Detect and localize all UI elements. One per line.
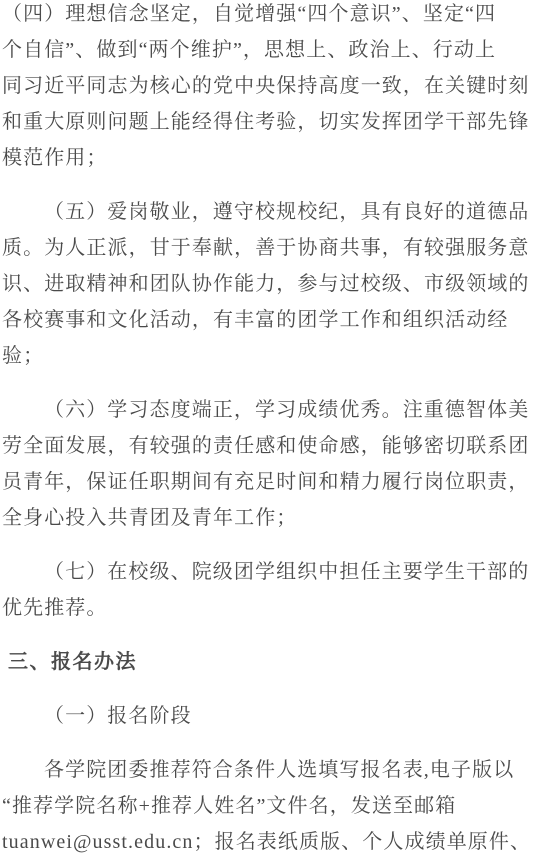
text-line: 识、进取精神和团队协作能力，参与过校级、市级领域的	[2, 266, 548, 302]
text-line: （七）在校级、院级团学组织中担任主要学生干部的	[2, 554, 548, 590]
text-line: （一）报名阶段	[2, 698, 548, 734]
text-line: 各校赛事和文化活动，有丰富的团学工作和组织活动经	[2, 302, 548, 338]
text-line: 质。为人正派，甘于奉献，善于协商共事，有较强服务意	[2, 230, 548, 266]
text-line: 全身心投入共青团及青年工作；	[2, 500, 548, 536]
text-line: 员青年，保证任职期间有充足时间和精力履行岗位职责，	[2, 464, 548, 500]
text-line: 同习近平同志为核心的党中央保持高度一致，在关键时刻	[2, 68, 548, 104]
text-line: （四）理想信念坚定，自觉增强“四个意识”、坚定“四	[2, 0, 548, 32]
paragraph: （七）在校级、院级团学组织中担任主要学生干部的优先推荐。	[2, 554, 548, 626]
text-line: （五）爱岗敬业，遵守校规校纪，具有良好的道德品	[2, 194, 548, 230]
section-heading-text: 三、报名办法	[2, 644, 548, 680]
text-line: 模范作用；	[2, 140, 548, 176]
paragraph: （五）爱岗敬业，遵守校规校纪，具有良好的道德品质。为人正派，甘于奉献，善于协商共…	[2, 194, 548, 374]
paragraph: 各学院团委推荐符合条件人选填写报名表,电子版以“推荐学院名称+推荐人姓名”文件名…	[2, 752, 548, 857]
document-body: （四）理想信念坚定，自觉增强“四个意识”、坚定“四个自信”、做到“两个维护”，思…	[2, 0, 548, 857]
text-line: 优先推荐。	[2, 590, 548, 626]
section-heading: 三、报名办法	[2, 644, 548, 680]
text-line: tuanwei@usst.edu.cn；报名表纸质版、个人成绩单原件、	[2, 824, 548, 857]
paragraph: （一）报名阶段	[2, 698, 548, 734]
document-page: （四）理想信念坚定，自觉增强“四个意识”、坚定“四个自信”、做到“两个维护”，思…	[0, 0, 548, 857]
text-line: “推荐学院名称+推荐人姓名”文件名，发送至邮箱	[2, 788, 548, 824]
text-line: 和重大原则问题上能经得住考验，切实发挥团学干部先锋	[2, 104, 548, 140]
paragraph: （六）学习态度端正，学习成绩优秀。注重德智体美劳全面发展，有较强的责任感和使命感…	[2, 392, 548, 536]
paragraph: （四）理想信念坚定，自觉增强“四个意识”、坚定“四个自信”、做到“两个维护”，思…	[2, 0, 548, 176]
text-line: 个自信”、做到“两个维护”，思想上、政治上、行动上	[2, 32, 548, 68]
text-line: 验；	[2, 338, 548, 374]
text-line: 各学院团委推荐符合条件人选填写报名表,电子版以	[2, 752, 548, 788]
text-line: 劳全面发展，有较强的责任感和使命感，能够密切联系团	[2, 428, 548, 464]
text-line: （六）学习态度端正，学习成绩优秀。注重德智体美	[2, 392, 548, 428]
